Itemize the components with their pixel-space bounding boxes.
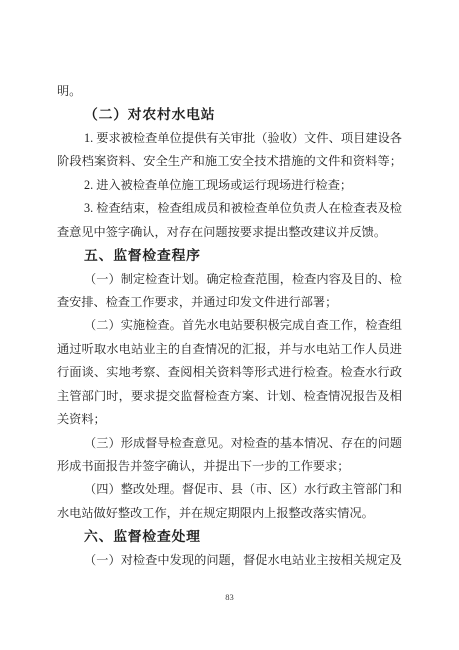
body-text-line: 1. 要求被检查单位提供有关审批（验收）文件、项目建设各 — [57, 127, 402, 150]
body-text-line: 明。 — [57, 80, 402, 103]
body-text-line: 查意见中签字确认，对存在问题按要求提出整改建议并反馈。 — [57, 221, 402, 244]
page-number: 83 — [0, 590, 459, 604]
body-text-line: 形成书面报告并签字确认，并提出下一步的工作要求； — [57, 455, 402, 478]
section-heading-line: （二）对农村水电站 — [57, 103, 402, 126]
body-text-line: 阶段档案资料、安全生产和施工安全技术措施的文件和资料等； — [57, 150, 402, 173]
body-text-line: 主管部门时，要求提交监督检查方案、计划、检查情况报告及相 — [57, 385, 402, 408]
body-text-line: 水电站做好整改工作，并在规定期限内上报整改落实情况。 — [57, 502, 402, 525]
body-text-line: 3. 检查结束，检查组成员和被检查单位负责人在检查表及检 — [57, 197, 402, 220]
section-heading-line: 五、监督检查程序 — [57, 244, 402, 267]
body-text-line: （四）整改处理。督促市、县（市、区）水行政主管部门和 — [57, 478, 402, 501]
body-text-line: （一）制定检查计划。确定检查范围，检查内容及目的、检 — [57, 268, 402, 291]
body-text-line: 通过听取水电站业主的自查情况的汇报，并与水电站工作人员进 — [57, 338, 402, 361]
document-page: 明。（二）对农村水电站1. 要求被检查单位提供有关审批（验收）文件、项目建设各阶… — [0, 0, 459, 650]
document-text: 明。（二）对农村水电站1. 要求被检查单位提供有关审批（验收）文件、项目建设各阶… — [57, 80, 402, 572]
body-text-line: （二）实施检查。首先水电站要积极完成自查工作，检查组 — [57, 314, 402, 337]
body-text-line: （三）形成督导检查意见。对检查的基本情况、存在的问题 — [57, 432, 402, 455]
body-text-line: 2. 进入被检查单位施工现场或运行现场进行检查； — [57, 174, 402, 197]
body-text-line: （一）对检查中发现的问题，督促水电站业主按相关规定及 — [57, 549, 402, 572]
body-text-line: 查安排、检查工作要求，并通过印发文件进行部署； — [57, 291, 402, 314]
body-text-line: 关资料； — [57, 408, 402, 431]
section-heading-line: 六、监督检查处理 — [57, 525, 402, 548]
body-text-line: 行面谈、实地考察、查阅相关资料等形式进行检查。检查水行政 — [57, 361, 402, 384]
